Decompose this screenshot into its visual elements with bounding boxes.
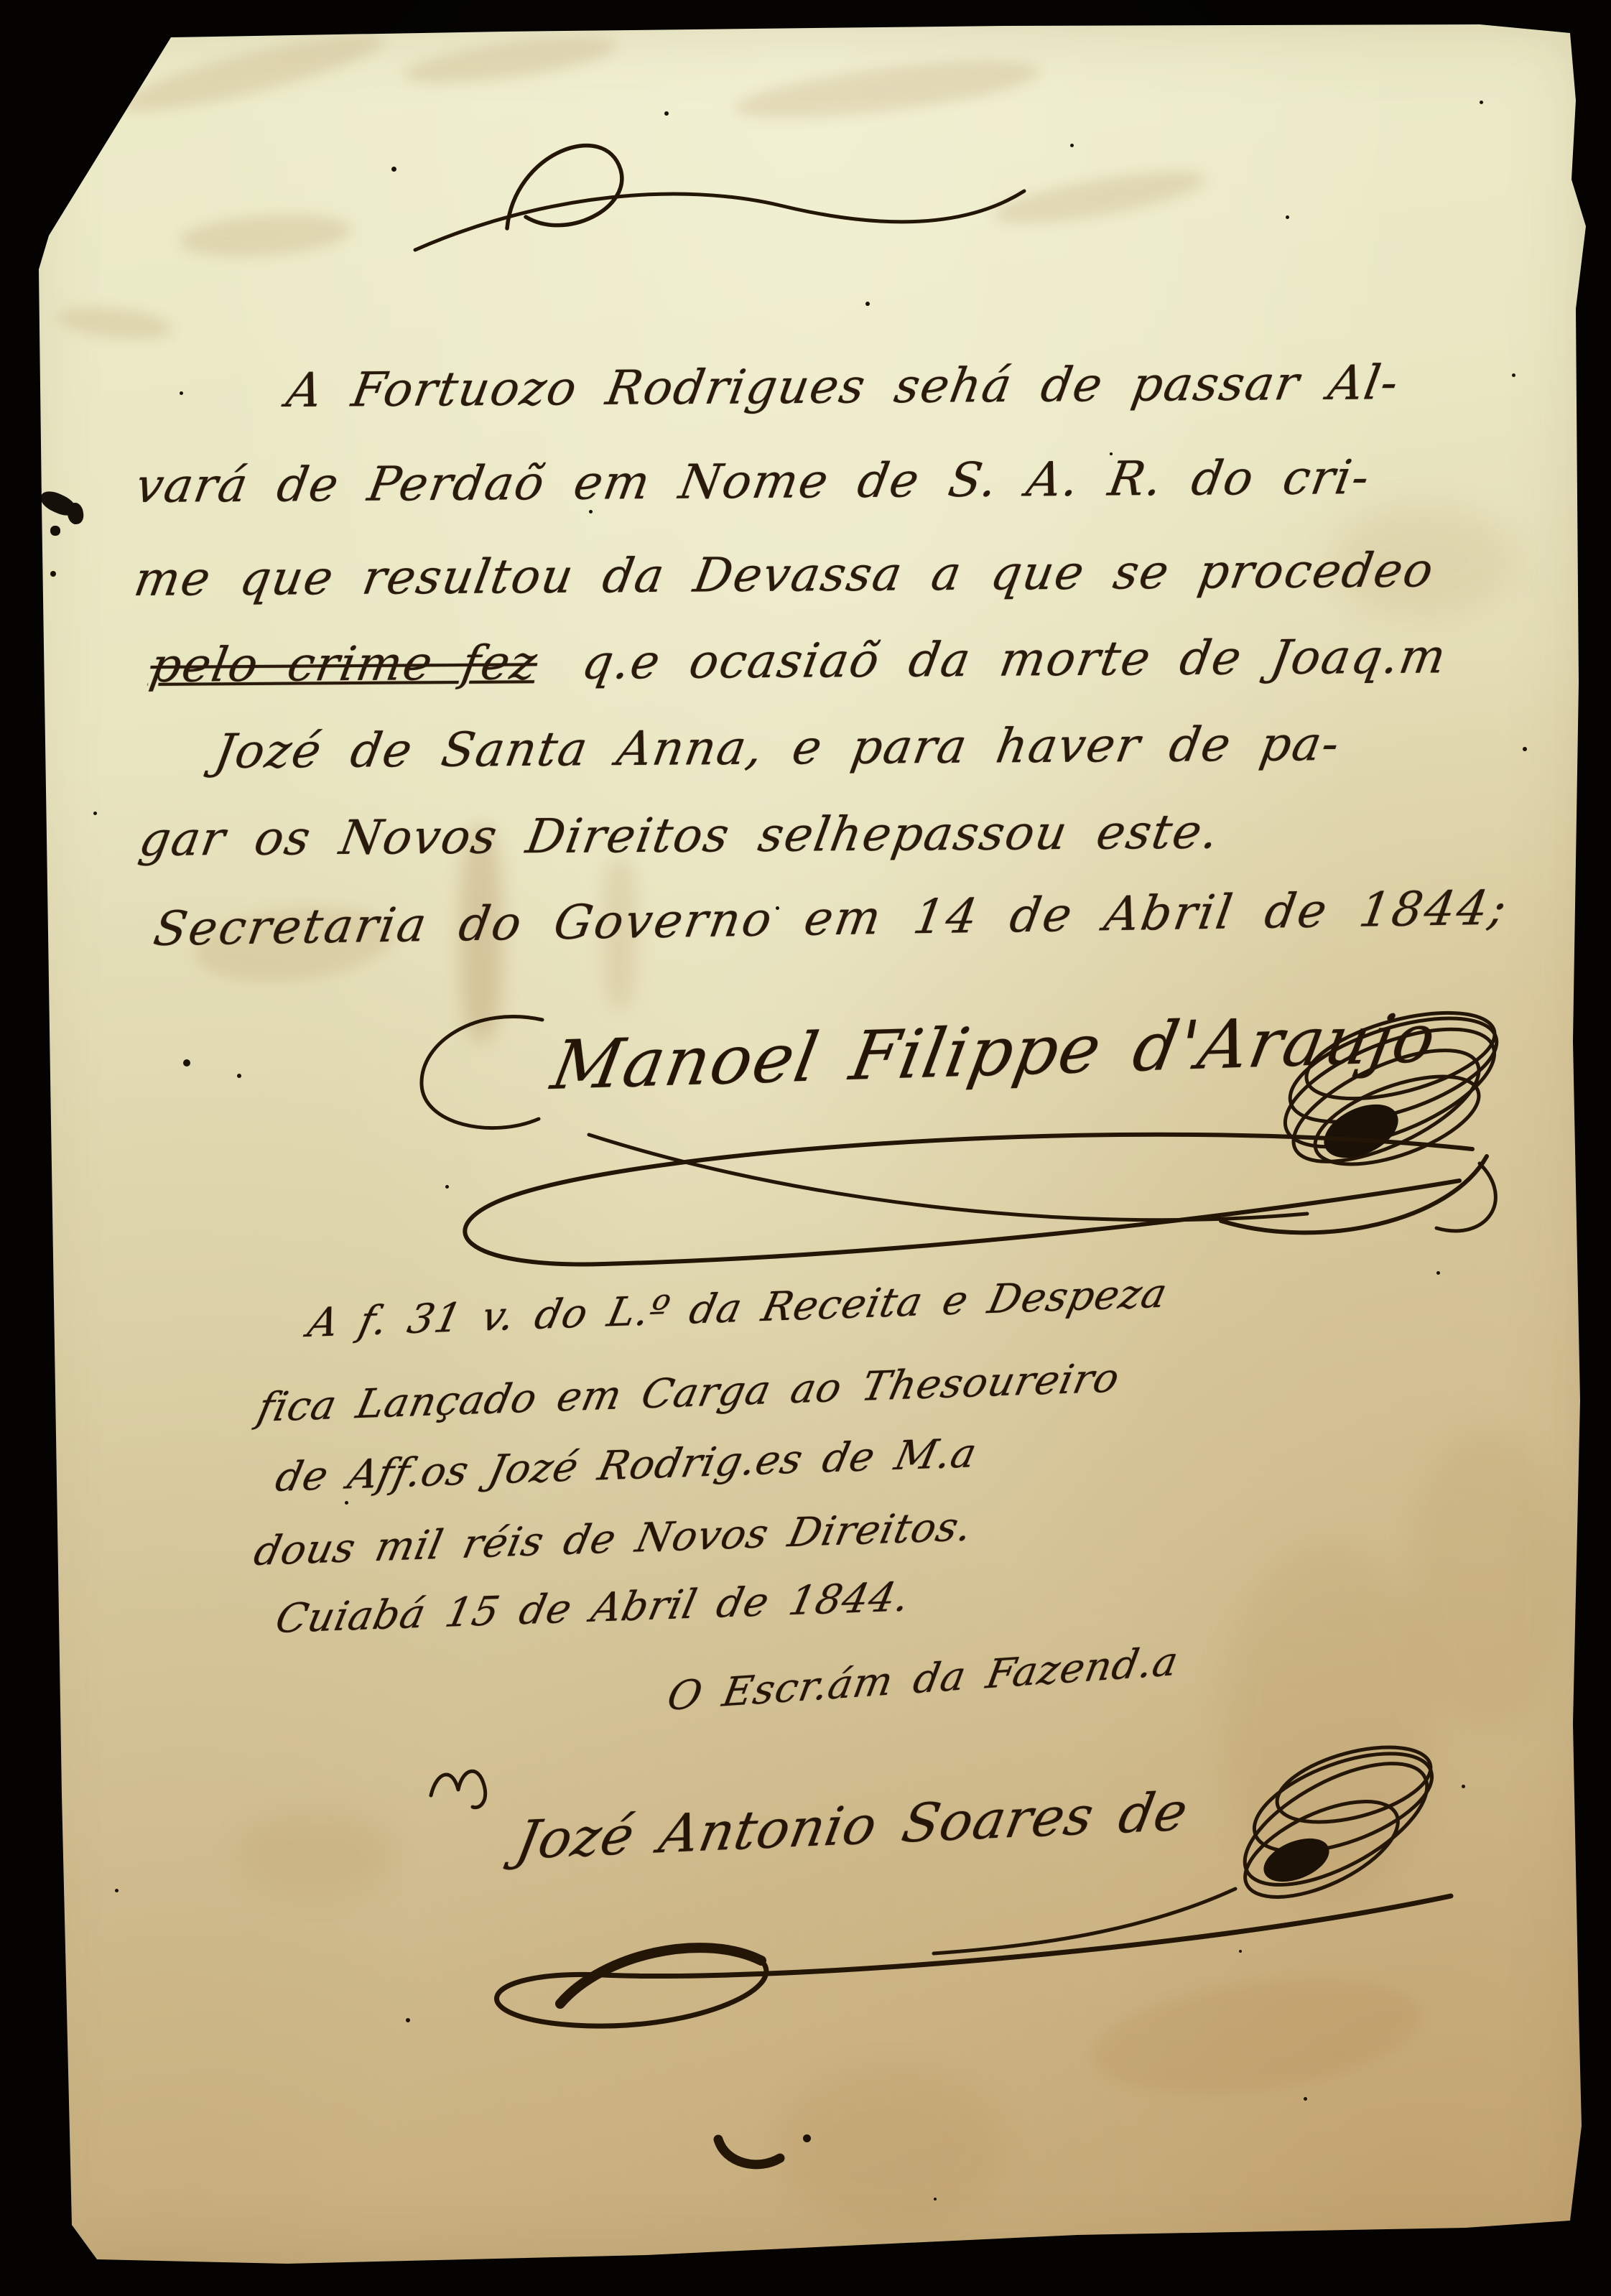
ink-speck: [391, 167, 396, 172]
manuscript-line: fica Lançado em Carga ao Thesoureiro: [254, 1355, 1124, 1431]
stain: [178, 210, 353, 262]
ink-speck: [1480, 101, 1483, 104]
manuscript-line: Jozé de Santa Anna, e para haver de pa-: [210, 716, 1345, 779]
manuscript-page: A Fortuozo Rodrigues sehá de passar Al- …: [0, 0, 1611, 2296]
stain: [114, 22, 389, 125]
ink-speck: [865, 302, 870, 306]
ink-speck: [1110, 452, 1113, 455]
manuscript-line: dous mil réis de Novos Direitos.: [250, 1503, 977, 1575]
signature-rubric: [388, 1716, 1523, 2047]
ink-speck: [1239, 1950, 1242, 1953]
ink-speck: [180, 391, 183, 395]
opening-flourish: [373, 108, 1063, 273]
signature-underline-flourish: [417, 1106, 1537, 1293]
ink-speck: [934, 2198, 937, 2200]
dateline: Secretaria do Governo em 14 de Abril de …: [150, 880, 1513, 957]
stain: [56, 303, 173, 344]
ink-speck: [803, 2134, 811, 2142]
ink-speck: [1286, 215, 1289, 219]
ink-speck: [115, 1889, 119, 1892]
manuscript-line: pelo crime fez q.e ocasiaõ da morte de J…: [146, 628, 1451, 693]
ink-speck: [345, 1501, 348, 1505]
ink-speck: [93, 812, 97, 815]
office-title-line: O Escr.ám da Fazend.a: [664, 1638, 1182, 1720]
manuscript-line: vará de Perdaõ em Nome de S. A. R. do cr…: [131, 450, 1374, 513]
ink-speck: [1304, 2097, 1307, 2101]
ink-mark: [711, 2129, 790, 2180]
photo-backdrop: A Fortuozo Rodrigues sehá de passar Al- …: [0, 0, 1611, 2296]
stain: [401, 28, 619, 92]
manuscript-line: gar os Novos Direitos selhepassou este.: [135, 804, 1223, 867]
manuscript-line: me que resultou da Devassa a que se proc…: [130, 542, 1438, 607]
ink-speck: [445, 1185, 449, 1189]
manuscript-line-continuation: q.e ocasiaõ da morte de Joaq.m: [578, 628, 1452, 689]
ink-speck: [237, 1074, 241, 1078]
ink-speck: [589, 510, 593, 513]
ink-speck: [406, 2018, 410, 2022]
ink-speck: [50, 571, 56, 577]
ink-speck: [1070, 144, 1074, 147]
stain: [776, 2068, 1006, 2226]
manuscript-line: de Aff.os Jozé Rodrig.es de M.a: [271, 1430, 981, 1501]
stain: [237, 1810, 395, 1896]
ink-speck: [1512, 373, 1515, 377]
ink-blot: [50, 526, 60, 536]
ink-speck: [664, 111, 669, 116]
ink-speck: [1462, 1785, 1465, 1788]
ink-speck: [1523, 747, 1527, 751]
ink-blot: [66, 501, 85, 525]
manuscript-line: Cuiabá 15 de Abril de 1844.: [271, 1574, 914, 1642]
ink-speck: [1436, 1271, 1440, 1275]
ink-speck: [776, 906, 779, 910]
manuscript-line: A Fortuozo Rodrigues sehá de passar Al-: [282, 355, 1403, 418]
ink-speck: [183, 1059, 190, 1066]
struck-text: pelo crime fez: [146, 635, 542, 693]
